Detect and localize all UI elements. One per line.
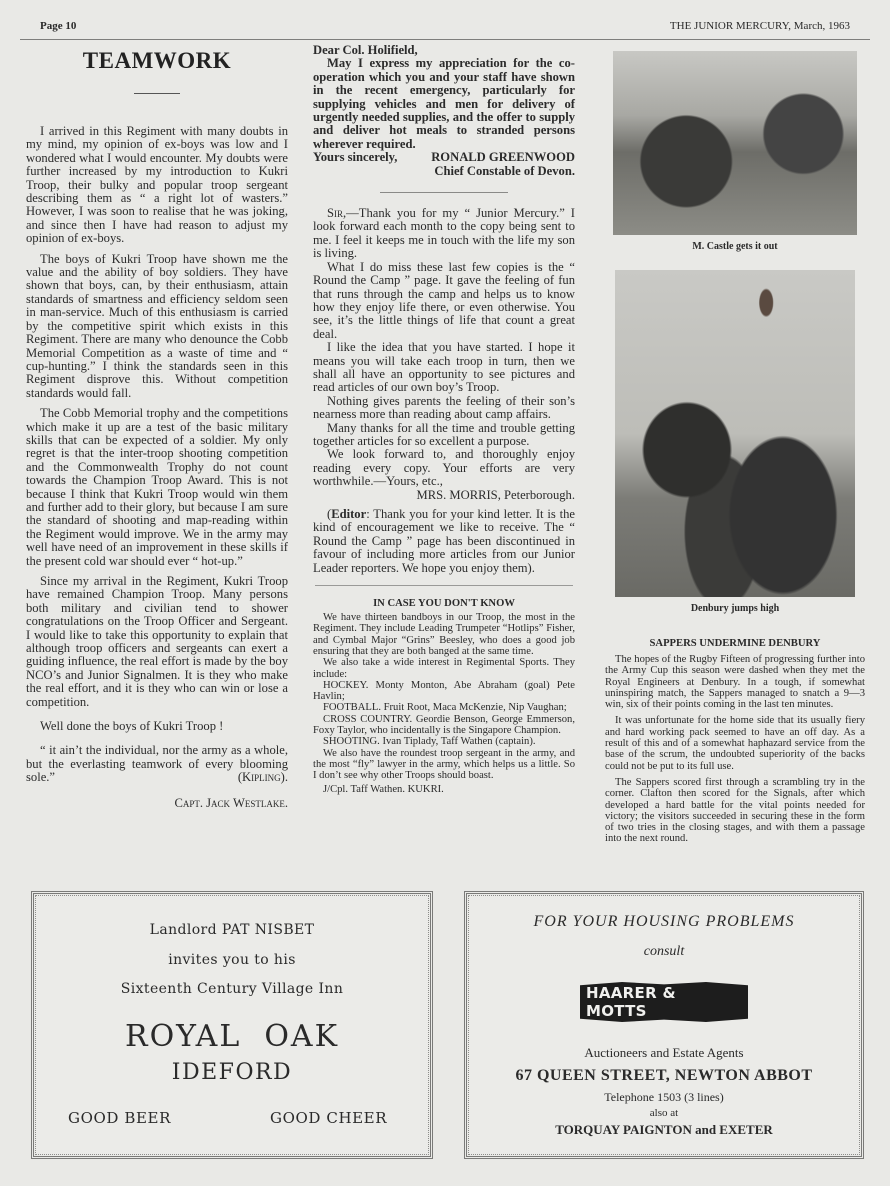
signatory-title: Chief Constable of Devon. (313, 165, 575, 178)
ad-address: 67 QUEEN STREET, NEWTON ABBOT (467, 1067, 861, 1085)
quote-attribution: (Kipling). (224, 771, 288, 784)
paragraph: SHOOTING. Ivan Tiplady, Taff Wathen (cap… (313, 736, 575, 747)
header-rule (20, 39, 870, 40)
ad-consult: consult (467, 944, 861, 960)
letter-body: May I express my appreciation for the co… (313, 57, 575, 151)
salutation: Dear Col. Holifield, (313, 44, 575, 57)
rugby-photo-lineout (615, 270, 855, 597)
salutation: Sir, (327, 206, 346, 220)
ad-inn-line: Sixteenth Century Village Inn (34, 981, 430, 997)
in-case-article: IN CASE YOU DON'T KNOW We have thirteen … (313, 598, 575, 796)
rugby-photo-castle (613, 51, 857, 235)
photo-caption: Denbury jumps high (605, 603, 865, 614)
article-title: TEAMWORK (26, 48, 288, 74)
paragraph: Many thanks for all the time and trouble… (313, 422, 575, 449)
teamwork-article: TEAMWORK I arrived in this Regiment with… (26, 44, 288, 810)
author-signature: Capt. Jack Westlake. (26, 797, 288, 810)
ad-telephone: Telephone 1503 (3 lines) (467, 1090, 861, 1105)
section-heading: SAPPERS UNDERMINE DENBURY (605, 638, 865, 649)
article-signature: J/Cpl. Taff Wathen. KUKRI. (313, 784, 575, 795)
letter-signature: MRS. MORRIS, Peterborough. (313, 489, 575, 502)
paragraph: We also have the roundest troop sergeant… (313, 748, 575, 782)
ad-branches: TORQUAY PAIGNTON and EXETER (467, 1122, 861, 1138)
publication-dateline: THE JUNIOR MERCURY, March, 1963 (670, 20, 850, 40)
paragraph: I like the idea that you have started. I… (313, 341, 575, 395)
ad-invite-line: invites you to his (34, 952, 430, 968)
paragraph: We have thirteen bandboys in our Troop, … (313, 612, 575, 657)
signatory-name: RONALD GREENWOOD (431, 151, 575, 164)
constable-letter: Dear Col. Holifield, May I express my ap… (313, 44, 575, 178)
paragraph: The boys of Kukri Troop have shown me th… (26, 253, 288, 400)
paragraph: Well done the boys of Kukri Troop ! (26, 720, 288, 733)
closing: Yours sincerely, (313, 151, 397, 164)
paragraph: FOOTBALL. Fruit Root, Maca McKenzie, Nip… (313, 702, 575, 713)
editor-label: Editor (331, 507, 366, 521)
sappers-article: SAPPERS UNDERMINE DENBURY The hopes of t… (605, 638, 865, 845)
issue-date: March, 1963 (794, 20, 850, 32)
ad-headline: FOR YOUR HOUSING PROBLEMS (467, 913, 861, 931)
landlord-name: PAT NISBET (222, 922, 314, 938)
slogan-beer: GOOD BEER (68, 1109, 171, 1127)
publication-name: THE JUNIOR MERCURY, (670, 20, 791, 32)
haarer-motts-logo: HAARER & MOTTS (580, 982, 748, 1022)
slogan-cheer: GOOD CHEER (270, 1109, 387, 1127)
logo-text: HAARER & MOTTS (580, 980, 748, 1024)
photo-caption: M. Castle gets it out (605, 241, 865, 252)
haarer-motts-advert: FOR YOUR HOUSING PROBLEMS consult HAARER… (464, 891, 864, 1159)
paragraph: It was unfortunate for the home side tha… (605, 715, 865, 771)
ad-also-at: also at (467, 1107, 861, 1119)
kipling-quote: “ it ain’t the individual, nor the army … (26, 744, 288, 784)
ad-landlord-line: Landlord PAT NISBET (34, 922, 430, 938)
paragraph: HOCKEY. Monty Monton, Abe Abraham (goal)… (313, 680, 575, 703)
inn-location: IDEFORD (34, 1060, 430, 1085)
ad-subtitle: Auctioneers and Estate Agents (467, 1045, 861, 1061)
inn-name: ROYAL OAK (34, 1019, 430, 1054)
paragraph: Nothing gives parents the feeling of the… (313, 395, 575, 422)
paragraph: The hopes of the Rugby Fifteen of progre… (605, 654, 865, 710)
paragraph: We look forward to, and thoroughly enjoy… (313, 448, 575, 488)
editor-reply: (Editor: Thank you for your kind letter.… (313, 508, 575, 575)
closing-line: Yours sincerely, RONALD GREENWOOD (313, 151, 575, 164)
paragraph: We also take a wide interest in Regiment… (313, 657, 575, 680)
page-header: Page 10 THE JUNIOR MERCURY, March, 1963 (40, 20, 850, 40)
paragraph: Since my arrival in the Regiment, Kukri … (26, 575, 288, 709)
letters-column: Dear Col. Holifield, May I express my ap… (313, 44, 575, 796)
royal-oak-advert: Landlord PAT NISBET invites you to his S… (31, 891, 433, 1159)
sports-column: M. Castle gets it out Denbury jumps high… (605, 44, 865, 845)
paragraph: The Sappers scored first through a scram… (605, 777, 865, 845)
paragraph: The Cobb Memorial trophy and the competi… (26, 407, 288, 568)
morris-letter: Sir,—Thank you for my “ Junior Mercury.”… (313, 207, 575, 575)
page-number: Page 10 (40, 20, 76, 40)
paragraph: I arrived in this Regiment with many dou… (26, 125, 288, 246)
paragraph: Sir,—Thank you for my “ Junior Mercury.”… (313, 207, 575, 261)
section-heading: IN CASE YOU DON'T KNOW (313, 598, 575, 609)
paragraph: CROSS COUNTRY. Geordie Benson, George Em… (313, 714, 575, 737)
paragraph: What I do miss these last few copies is … (313, 261, 575, 341)
